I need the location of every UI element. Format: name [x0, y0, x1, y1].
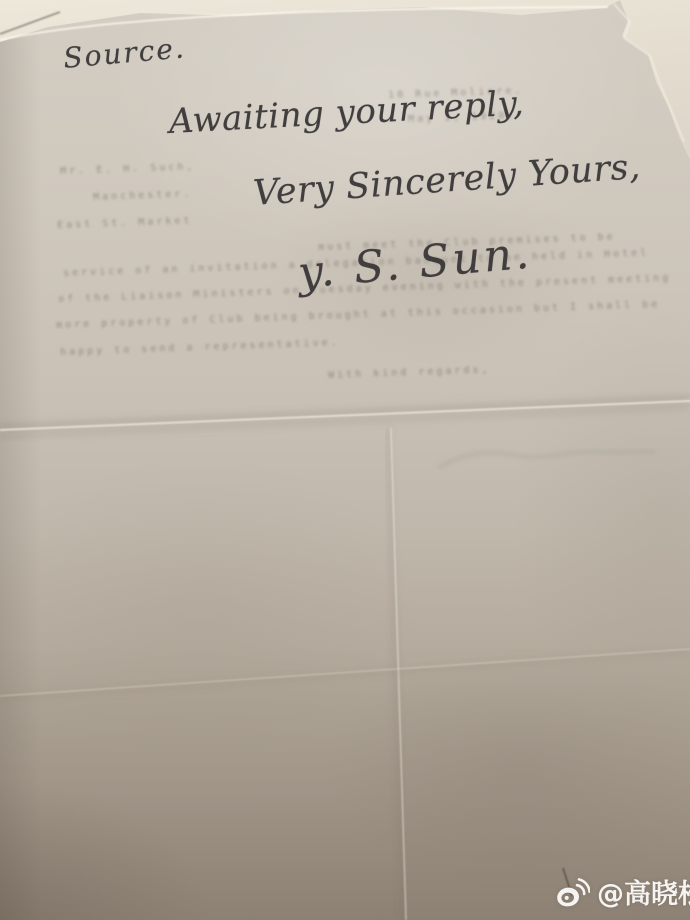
letter-paper-sheet: [0, 0, 690, 920]
weibo-watermark: @高晓松: [556, 872, 690, 911]
letter-photograph: 10 Rue Moliere. May 1, 1920. Mr. E. H. S…: [0, 0, 690, 920]
weibo-icon: [556, 877, 590, 907]
watermark-handle: @高晓松: [597, 872, 690, 911]
